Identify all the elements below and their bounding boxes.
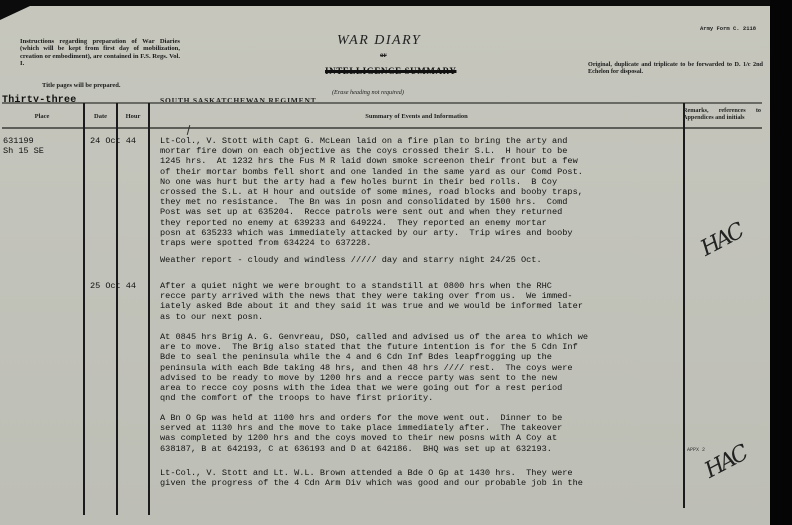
entry-paragraph: Lt-Col., V. Stott and Lt. W.L. Brown att… [160, 468, 680, 488]
entry-place-sheet: Sh 15 SE [3, 146, 44, 156]
entry-paragraph: Weather report - cloudy and windless ///… [160, 255, 680, 265]
title-pages-note: Title pages will be prepared. [42, 82, 121, 89]
column-divider-date [116, 103, 118, 515]
instructions-note: Instructions regarding preparation of Wa… [20, 38, 180, 68]
forwarding-note: Original, duplicate and triplicate to be… [588, 61, 763, 75]
erase-note: (Erase heading not required) [332, 89, 404, 96]
header-hour: Hour [118, 113, 148, 120]
entry-paragraph: Lt-Col., V. Stott with Capt G. McLean la… [160, 136, 680, 248]
column-divider-remarks [683, 103, 685, 508]
column-divider-hour [148, 103, 150, 515]
initials-signature: HAC [701, 441, 751, 483]
initials-signature: HAC [697, 219, 747, 261]
entry-date: 24 Oct 44 [90, 136, 136, 146]
unit-number: Thirty-three [2, 95, 76, 106]
form-number: Army Form C. 2118 [700, 26, 756, 32]
war-diary-page: Instructions regarding preparation of Wa… [0, 6, 770, 525]
appendix-note: APPX 2 [687, 447, 705, 453]
header-remarks: Remarks, references to Appendices and in… [683, 107, 761, 121]
header-place: Place [2, 113, 82, 120]
entry-date: 25 Oct 44 [90, 281, 136, 291]
scan-border [770, 0, 792, 525]
document-title: WAR DIARY [337, 33, 421, 49]
header-summary: Summary of Events and Information [150, 113, 683, 120]
entry-paragraph: After a quiet night we were brought to a… [160, 281, 680, 322]
page-corner [0, 6, 30, 20]
struck-heading: INTELLIGENCE SUMMARY [325, 66, 456, 76]
entry-paragraph: At 0845 hrs Brig A. G. Genvreau, DSO, ca… [160, 332, 680, 403]
column-divider-place [83, 103, 85, 515]
entry-paragraph: A Bn O Gp was held at 1100 hrs and order… [160, 413, 680, 454]
header-date: Date [85, 113, 116, 120]
entry-place-grid: 631199 [3, 136, 34, 146]
or-text: or [380, 51, 387, 59]
